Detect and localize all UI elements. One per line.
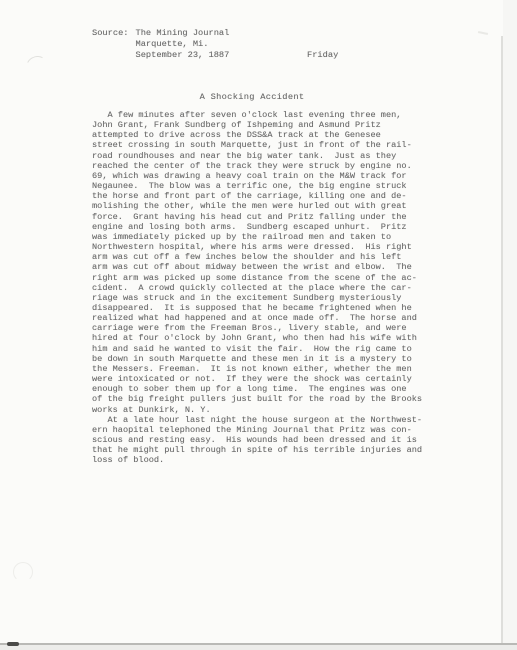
article-title: A Shocking Accident [92,92,412,102]
source-location: Marquette, Mi. [136,39,230,50]
page-right-edge [501,36,503,644]
scan-arc-artifact [23,53,52,82]
page-right-margin [503,0,517,650]
source-label: Source: [92,28,129,61]
article-body: A few minutes after seven o'clock last e… [92,110,422,465]
source-lines: The Mining Journal Marquette, Mi. Septem… [136,28,230,61]
source-publication: The Mining Journal [136,28,230,39]
page-bottom-margin [0,645,517,650]
scan-smudge-artifact [478,31,488,35]
scanned-page: Source: The Mining Journal Marquette, Mi… [0,0,517,650]
weekday-label: Friday [307,50,338,61]
source-header: Source: The Mining Journal Marquette, Mi… [92,28,229,61]
source-date: September 23, 1887 [136,50,230,61]
scan-circle-artifact [13,562,33,582]
scan-speck-artifact [7,642,19,646]
